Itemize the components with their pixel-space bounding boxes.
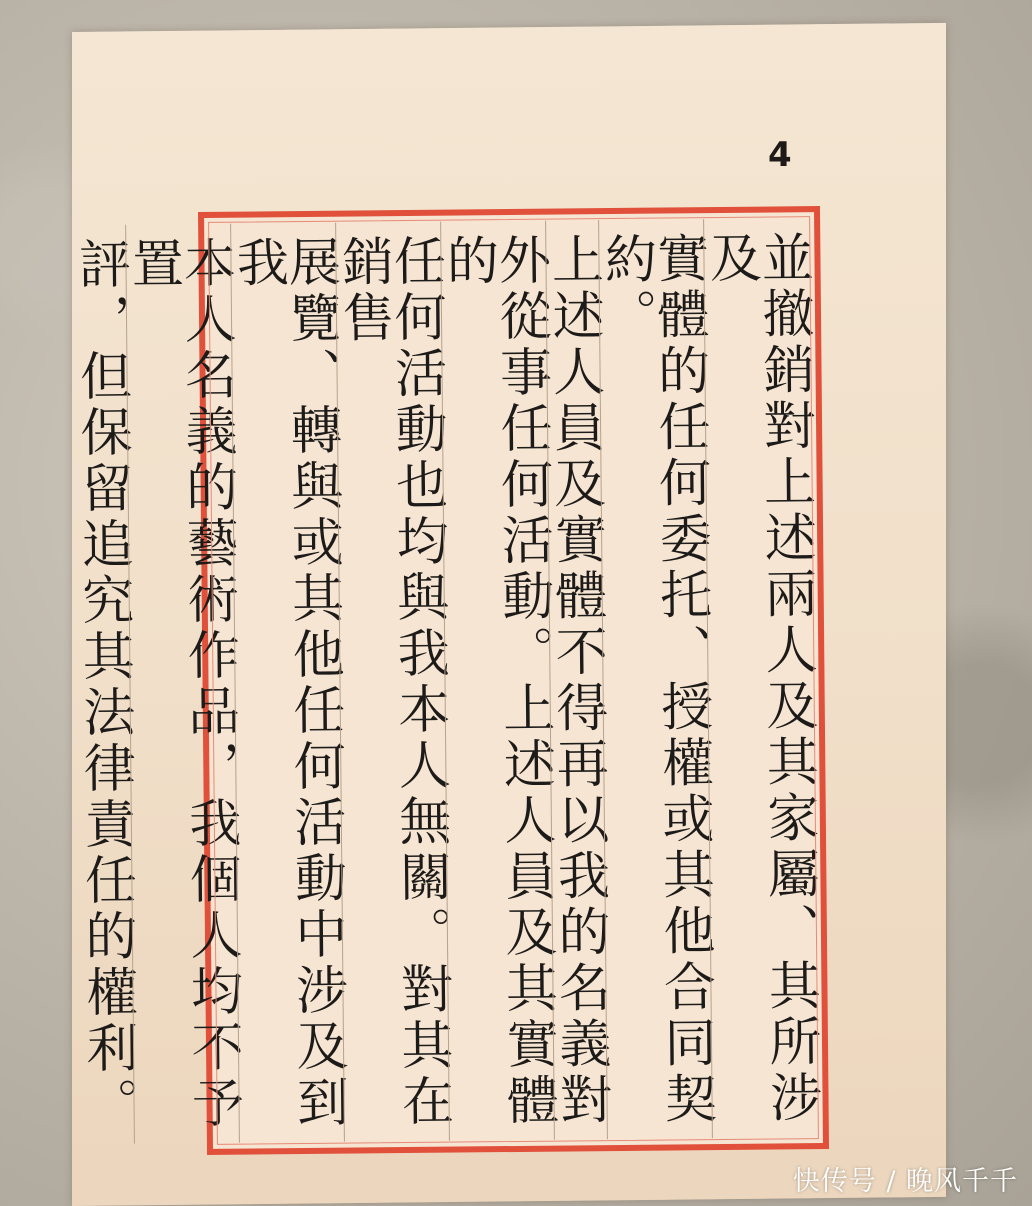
column-text: 實體的任何委托、授權或其他合同契約。 [599,231,712,1139]
page-number: 4 [768,135,792,175]
column-2: 實體的任何委托、授權或其他合同契約。 [598,219,712,1139]
column-text: 評，但保留追究其法律責任的權利。 [73,237,134,1133]
column-text: 外從事任何活動。上述人員及其實體的 [441,233,554,1141]
column-8: 評，但保留追究其法律責任的權利。 [73,225,134,1144]
watermark: 快传号 / 晚风千千 [793,1159,1018,1198]
column-text: 上述人員及實體不得再以我的名義對 [546,232,607,1128]
column-4: 外從事任何活動。上述人員及其實體的 [440,221,554,1141]
column-text: 本人名義的藝術作品，我個人均不予置 [126,236,239,1144]
column-7: 本人名義的藝術作品，我個人均不予置 [125,224,239,1144]
text-columns: 並撤銷對上述兩人及其家屬、其所涉及 實體的任何委托、授權或其他合同契約。 上述人… [210,218,817,1143]
red-ruled-frame: 並撤銷對上述兩人及其家屬、其所涉及 實體的任何委托、授權或其他合同契約。 上述人… [198,206,829,1155]
column-text: 並撤銷對上述兩人及其家屬、其所涉及 [704,230,817,1138]
column-1: 並撤銷對上述兩人及其家屬、其所涉及 [703,218,817,1138]
column-text: 展覽、轉與或其他任何活動中涉及到我 [231,235,344,1143]
column-text: 任何活動也均與我本人無關。對其在銷售 [336,234,449,1142]
column-5: 任何活動也均與我本人無關。對其在銷售 [335,222,449,1142]
column-3: 上述人員及實體不得再以我的名義對 [545,220,607,1139]
column-6: 展覽、轉與或其他任何活動中涉及到我 [230,223,344,1143]
